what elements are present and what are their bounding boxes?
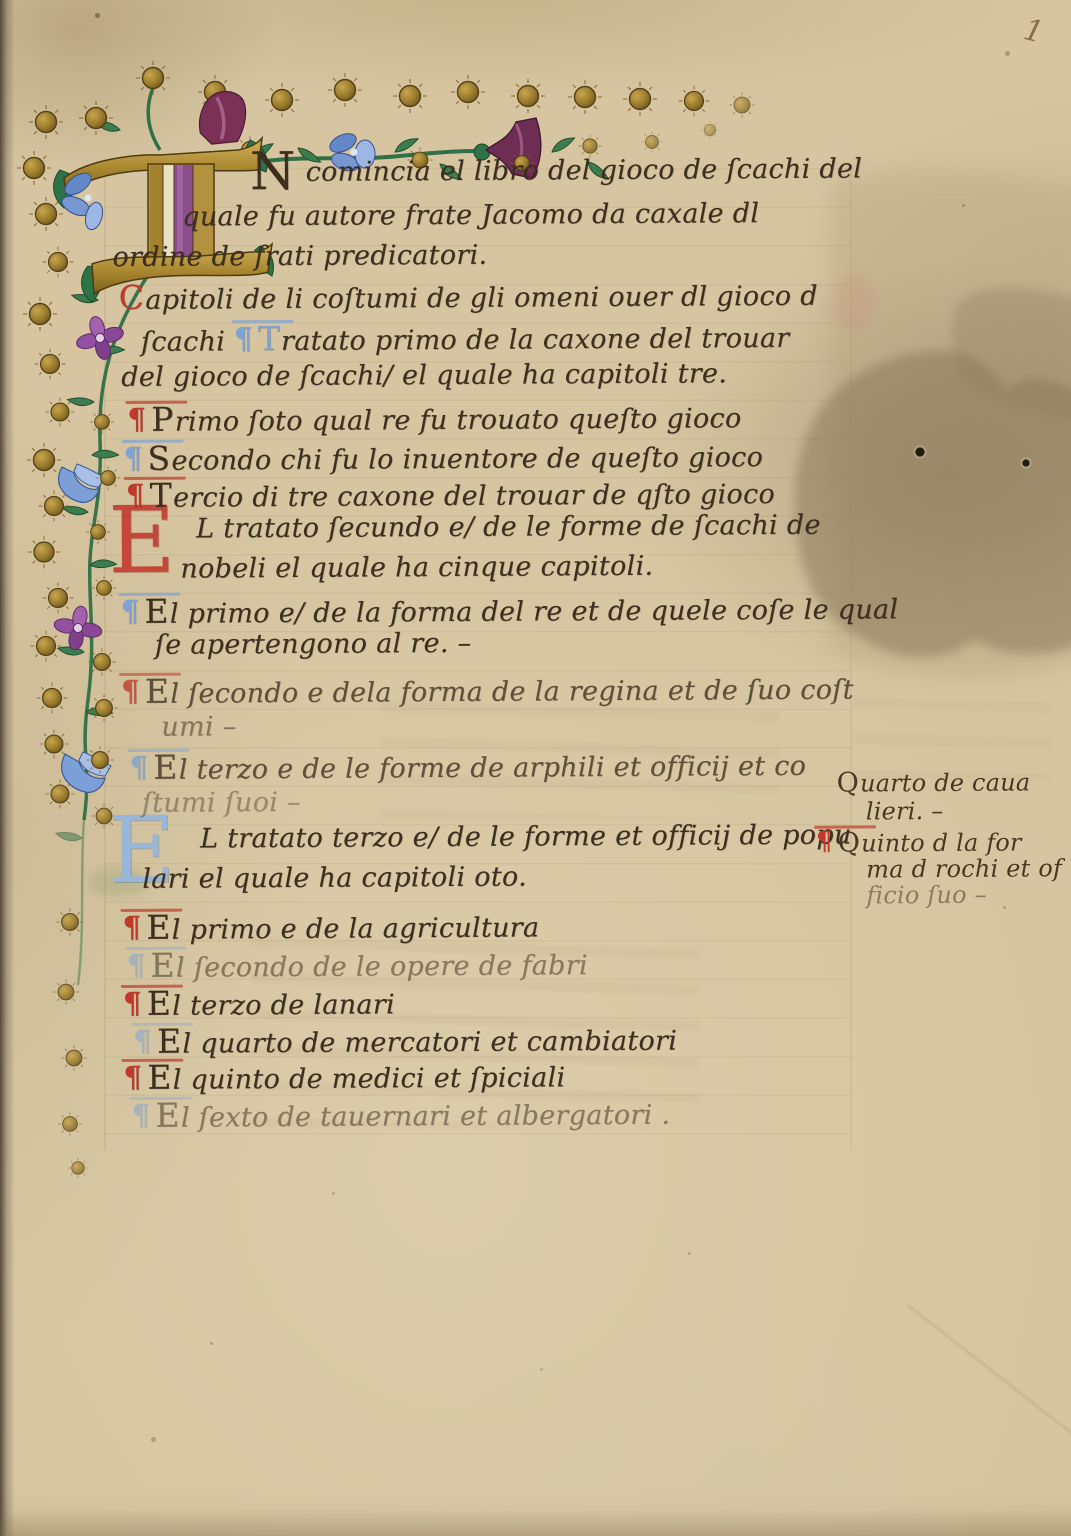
contents-line: Capitoli de li coſtumi de gli omeni ouer…	[119, 274, 818, 318]
line-initial: T	[258, 319, 281, 358]
line-initial: E	[146, 908, 171, 947]
line-initial: E	[157, 1022, 182, 1061]
pilcrow-mark: ¶	[122, 910, 141, 945]
contents-line: ſtumi ſuoi –	[142, 787, 301, 820]
line-text: apitoli de li coſtumi de gli omeni ouer …	[145, 281, 818, 316]
contents-line: ¶El terzo de lanari	[123, 982, 395, 1023]
contents-line: ¶El quarto de mercatori et cambiatori	[133, 1019, 677, 1062]
contents-line: ſcachi ¶Tratato primo de la caxone del t…	[141, 316, 790, 360]
contents-line: ¶El primo e/ de la forma del re et de qu…	[121, 587, 899, 631]
contents-line: ¶El ſecondo de le opere de fabri	[127, 943, 588, 985]
line-text: l terzo e de le forme de arphili et offi…	[179, 751, 807, 786]
line-initial: E	[144, 592, 169, 631]
line-text: L tratato terzo e/ de le forme et offici…	[200, 820, 852, 855]
contents-line: ¶El terzo e de le forme de arphili et of…	[129, 744, 806, 788]
page-bottom-edge	[0, 1510, 1071, 1536]
pilcrow-mark: ¶	[129, 750, 148, 785]
pilcrow-mark: ¶	[124, 441, 143, 476]
contents-line: ¶El ſecondo e dela forma de la regina et…	[121, 668, 854, 712]
line-text: ratato primo de la caxone del trouar	[281, 323, 790, 357]
line-text: lari el quale ha capitoli oto.	[142, 862, 527, 895]
line-initial: E	[153, 748, 178, 787]
line-text: l quarto de mercatori et cambiatori	[182, 1026, 677, 1060]
contents-line: quale fu autore frate Jacomo da caxale d…	[182, 198, 759, 234]
line-text: l ſecondo e dela forma de la regina et d…	[170, 675, 854, 710]
line-text: rimo ſoto qual re fu trouato queſto gioc…	[175, 403, 742, 437]
pilcrow-mark: ¶	[121, 594, 140, 629]
line-initial: E	[145, 672, 170, 711]
line-text: L tratato ſecundo e/ de le forme de ſcac…	[196, 510, 821, 545]
line-lead: ſcachi	[141, 326, 234, 358]
pilcrow-mark: ¶	[123, 1060, 142, 1095]
line-initial: E	[147, 1058, 172, 1097]
margin-note-line: ma d rochi et of	[866, 854, 1062, 884]
line-text: l quinto de medici et ſpiciali	[173, 1062, 566, 1095]
line-text: nobeli el quale ha cinque capitoli.	[180, 551, 653, 585]
margin-note-line: ficio ſuo –	[866, 881, 987, 911]
pilcrow-mark: ¶	[123, 986, 142, 1021]
line-initial: E	[155, 1096, 180, 1135]
line-text: umi –	[161, 711, 236, 742]
pilcrow-mark: ¶	[234, 321, 253, 356]
line-initial: Q	[838, 827, 861, 858]
contents-line: ¶Primo ſoto qual re fu trouato queſto gi…	[127, 396, 741, 439]
line-text: econdo chi fu lo inuentore de queſto gio…	[171, 442, 763, 477]
line-text: ſe apertengono al re. –	[155, 628, 472, 661]
line-text: uarto de caua	[860, 768, 1030, 797]
line-text: ercio di tre caxone del trouar de qſto g…	[173, 479, 775, 514]
line-text: ordine de frati predicatori.	[112, 240, 487, 273]
contents-line: lari el quale ha capitoli oto.	[142, 862, 527, 897]
line-initial: Q	[837, 767, 860, 798]
contents-line: L tratato terzo e/ de le forme et offici…	[200, 820, 852, 856]
page-gutter-edge	[0, 0, 15, 1536]
line-initial: C	[119, 278, 145, 317]
contents-line: nobeli el quale ha cinque capitoli.	[180, 551, 653, 586]
line-initial: P	[151, 400, 174, 439]
line-text: ficio ſuo –	[866, 881, 987, 910]
line-text: del gioco de ſcachi/ el quale ha capitol…	[121, 358, 727, 393]
line-text: comincia el libro del gioco de ſcachi de…	[297, 153, 863, 187]
contents-line: umi –	[161, 711, 236, 744]
line-text: ſtumi ſuoi –	[142, 787, 301, 819]
contents-line: del gioco de ſcachi/ el quale ha capitol…	[121, 358, 727, 394]
margin-note-line: Quarto de caua	[837, 766, 1031, 800]
pilcrow-mark: ¶	[133, 1024, 152, 1059]
margin-note-line: lieri. –	[866, 797, 944, 826]
pilcrow-mark: ¶	[127, 402, 146, 437]
line-initial: S	[147, 439, 170, 478]
line-text: l terzo de lanari	[172, 989, 395, 1021]
line-text: l primo e de la agricultura	[172, 912, 540, 945]
line-text: uinto d la for	[861, 829, 1022, 858]
contents-line: ¶Tercio di tre caxone del trouar de qſto…	[126, 472, 775, 516]
contents-line: N comincia el libro del gioco de ſcachi …	[250, 153, 862, 189]
contents-line: ¶El ſexto de tauernari et albergatori .	[132, 1093, 671, 1136]
line-initial: E	[150, 946, 175, 985]
contents-line: ſe apertengono al re. –	[155, 628, 472, 662]
pilcrow-mark: ¶	[127, 948, 146, 983]
line-initial: N	[250, 142, 296, 202]
pilcrow-mark: ¶	[121, 674, 140, 709]
pilcrow-mark: ¶	[132, 1098, 151, 1133]
line-text: l primo e/ de la forma del re et de quel…	[170, 594, 899, 629]
contents-line: L tratato ſecundo e/ de le forme de ſcac…	[196, 510, 821, 546]
contents-line: ordine de frati predicatori.	[112, 240, 487, 275]
line-text: lieri. –	[866, 797, 944, 825]
line-initial: T	[150, 476, 173, 515]
line-initial: E	[147, 984, 172, 1023]
contents-line: ¶El quinto de medici et ſpiciali	[123, 1055, 565, 1097]
manuscript-page: E E N comincia el libro del gioco de ſca…	[0, 0, 1071, 1536]
line-text: l ſecondo de le opere de fabri	[176, 950, 588, 984]
pilcrow-mark: ¶	[816, 827, 833, 858]
line-text: l ſexto de tauernari et albergatori .	[181, 1100, 671, 1134]
pilcrow-mark: ¶	[126, 478, 145, 513]
contents-line: ¶El primo e de la agricultura	[122, 905, 539, 947]
line-text: ma d rochi et of	[866, 854, 1062, 883]
line-text: quale fu autore frate Jacomo da caxale d…	[182, 198, 759, 233]
